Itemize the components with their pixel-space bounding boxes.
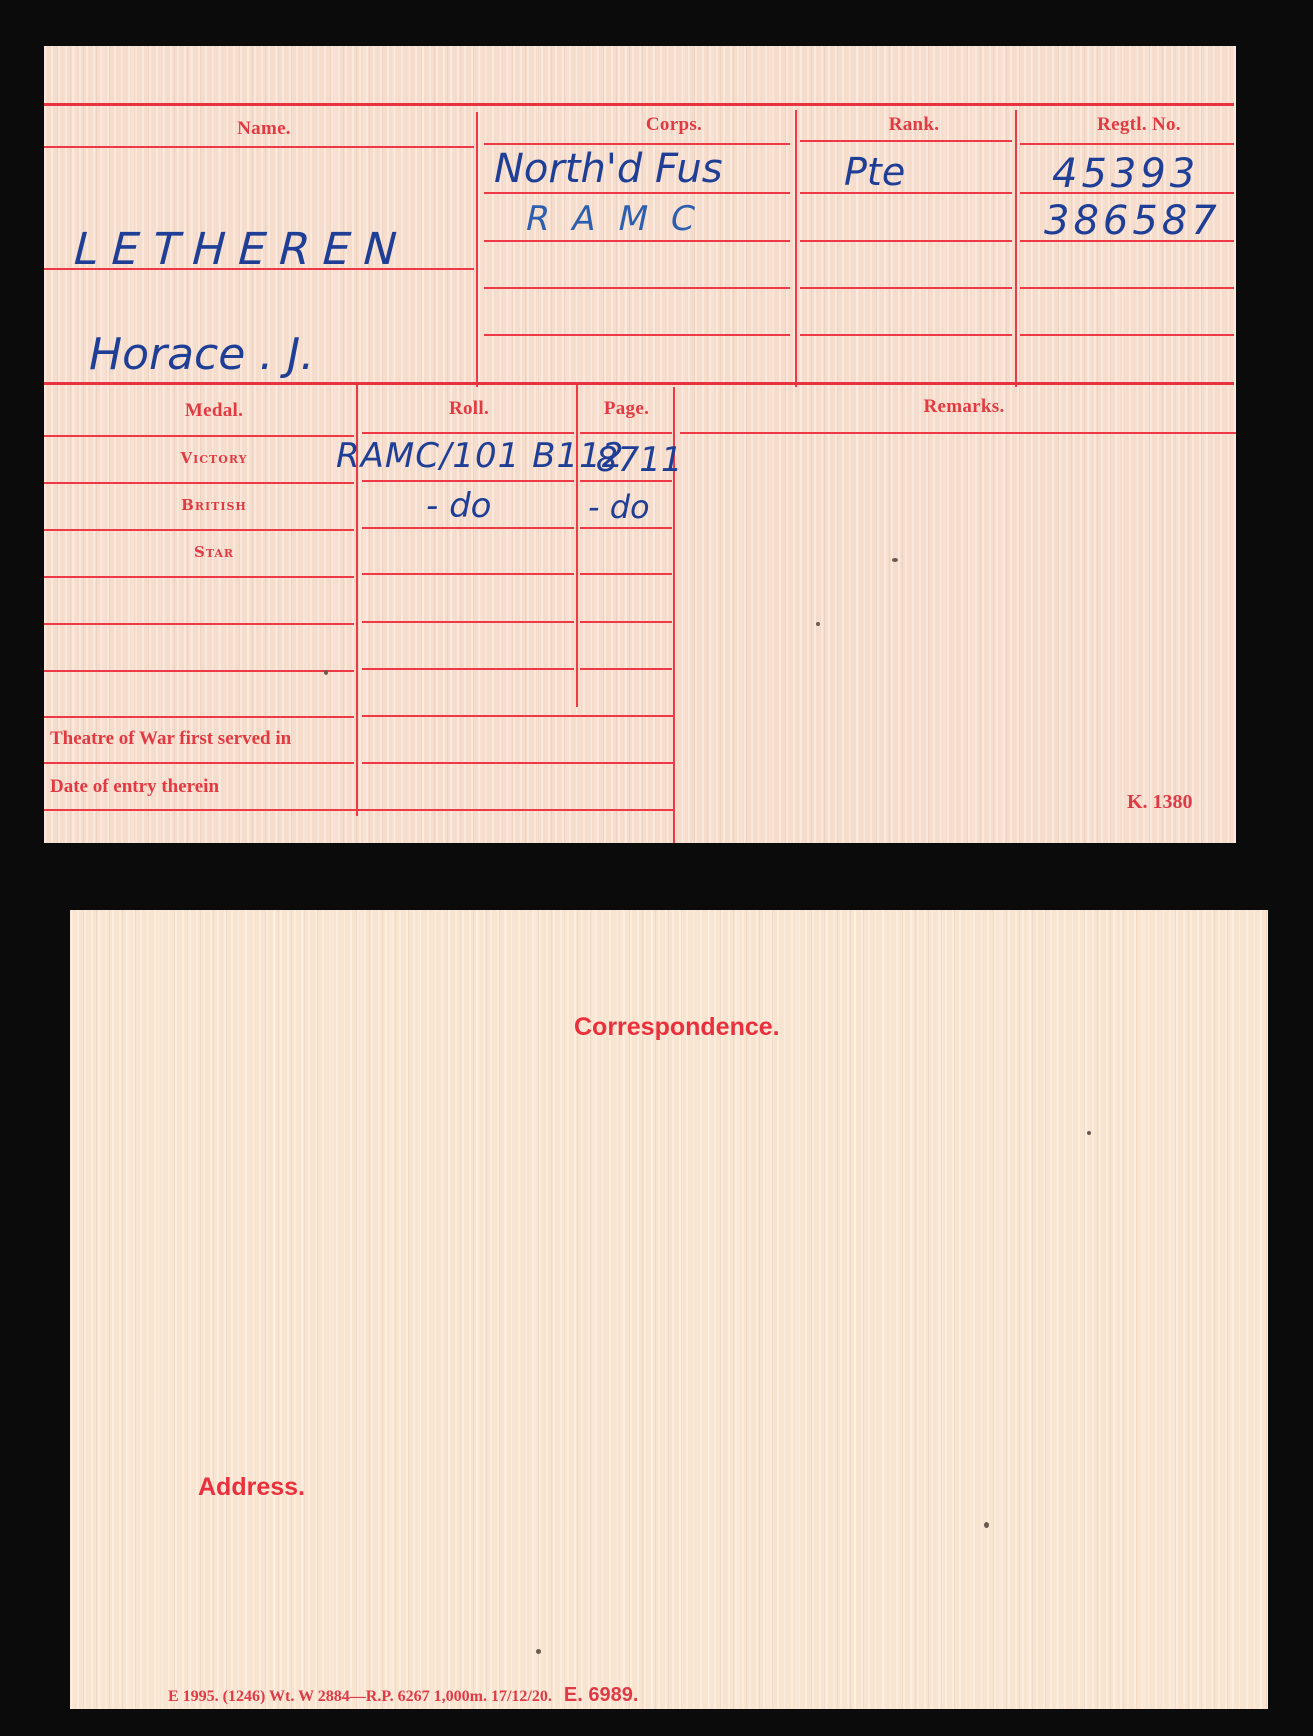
rule — [44, 435, 354, 437]
rule — [44, 529, 354, 531]
date-of-entry-label: Date of entry therein — [50, 776, 219, 798]
rule — [580, 432, 672, 434]
rule — [580, 668, 672, 670]
header-corps: Corps. — [574, 114, 774, 136]
imprint-text: E 1995. (1246) Wt. W 2884—R.P. 6267 1,00… — [168, 1688, 552, 1705]
rule — [580, 480, 672, 482]
rule — [800, 192, 1012, 194]
medal-index-card-back: Correspondence. Address. E 1995. (1246) … — [70, 910, 1268, 1709]
address-heading: Address. — [198, 1473, 305, 1502]
rule — [484, 192, 790, 194]
rule — [44, 623, 354, 625]
british-roll-entry: - do — [426, 486, 491, 526]
rule — [580, 573, 672, 575]
medal-label-british: British — [104, 496, 324, 514]
forenames-entry: Horace . J. — [89, 329, 314, 380]
rule — [1020, 143, 1234, 145]
divider-roll-page — [576, 385, 578, 707]
rule — [362, 668, 574, 670]
medal-label-star: Star — [104, 543, 324, 561]
divider-rank-regtl — [1015, 110, 1017, 387]
middle-rule — [44, 382, 1234, 385]
form-number: K. 1380 — [1127, 791, 1193, 814]
top-rule — [44, 103, 1234, 106]
rule — [44, 670, 354, 672]
rule — [484, 334, 790, 336]
correspondence-heading: Correspondence. — [574, 1013, 780, 1042]
divider-corps-rank — [795, 110, 797, 387]
surname-entry: LETHEREN — [68, 224, 416, 275]
header-name: Name. — [164, 118, 364, 140]
paper-speck — [892, 558, 898, 562]
rule — [1020, 334, 1234, 336]
rule — [362, 762, 674, 764]
rule — [362, 527, 574, 529]
rule — [800, 334, 1012, 336]
rule — [362, 573, 574, 575]
rule — [44, 146, 474, 148]
rule — [44, 482, 354, 484]
divider-name-corps — [476, 112, 478, 387]
medal-label-victory: Victory — [104, 449, 324, 467]
corps-entry-1: North'd Fus — [494, 146, 723, 192]
header-remarks: Remarks. — [864, 396, 1064, 418]
header-roll: Roll. — [364, 398, 574, 420]
header-medal: Medal. — [104, 400, 324, 422]
printer-imprint: E 1995. (1246) Wt. W 2884—R.P. 6267 1,00… — [168, 1684, 638, 1707]
paper-speck — [984, 1522, 989, 1528]
rule — [362, 480, 574, 482]
theatre-of-war-label: Theatre of War first served in — [50, 728, 291, 750]
medal-index-card-front: Name. Corps. Rank. Regtl. No. LETHEREN H… — [44, 46, 1236, 843]
rule — [44, 716, 354, 718]
regtl-no-entry-2: 386587 — [1044, 198, 1221, 244]
british-page-entry: - do — [588, 488, 650, 526]
corps-entry-2: R A M C — [522, 199, 705, 239]
rule — [484, 287, 790, 289]
header-page: Page. — [579, 398, 674, 420]
rule — [800, 240, 1012, 242]
rule — [44, 809, 674, 811]
rule — [800, 287, 1012, 289]
header-rank: Rank. — [814, 114, 1014, 136]
rule — [580, 621, 672, 623]
rule — [362, 715, 674, 717]
paper-speck — [536, 1649, 541, 1654]
rule — [362, 621, 574, 623]
rule — [44, 576, 354, 578]
rule — [1020, 287, 1234, 289]
rule — [484, 143, 790, 145]
rule — [800, 140, 1012, 142]
rule — [580, 527, 672, 529]
paper-speck — [1087, 1131, 1091, 1135]
victory-roll-entry: RAMC/101 B112 — [336, 436, 624, 476]
victory-page-entry: 8711 — [596, 440, 683, 480]
rank-entry: Pte — [844, 150, 905, 194]
paper-speck — [324, 670, 328, 675]
imprint-code: E. 6989. — [564, 1684, 639, 1706]
regtl-no-entry-1: 45393 — [1052, 151, 1199, 197]
rule — [680, 432, 1236, 434]
paper-speck — [816, 622, 820, 626]
rule — [44, 762, 354, 764]
rule — [362, 432, 574, 434]
header-regtl-no: Regtl. No. — [1044, 114, 1234, 136]
rule — [484, 240, 790, 242]
